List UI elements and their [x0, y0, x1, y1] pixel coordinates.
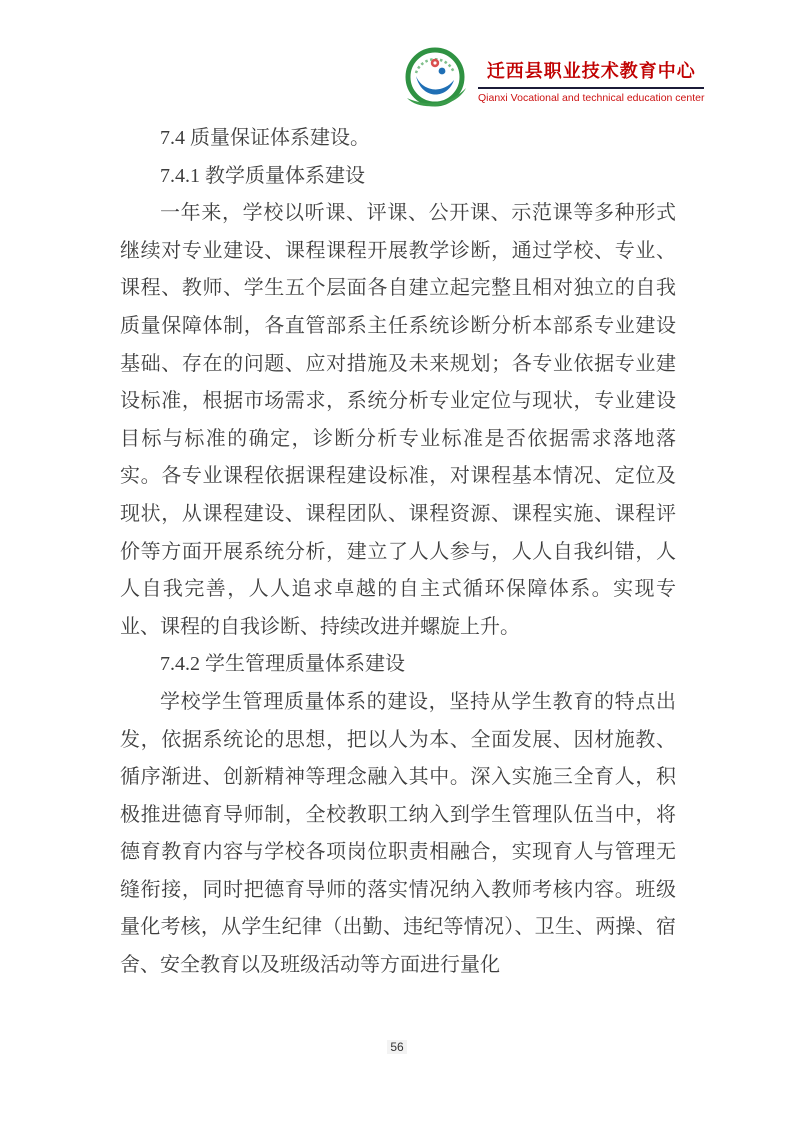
section-heading-7-4-2: 7.4.2 学生管理质量体系建设 [120, 646, 676, 684]
page-number: 56 [387, 1040, 406, 1054]
document-page: 迁西县职业技术教育中心 Qianxi Vocational and techni… [0, 0, 794, 1123]
letterhead-divider [478, 87, 704, 89]
school-emblem-icon [402, 46, 470, 114]
paragraph-student-management: 学校学生管理质量体系的建设，坚持从学生教育的特点出发，依据系统论的思想，把以人为… [120, 684, 676, 985]
document-body: 7.4 质量保证体系建设。 7.4.1 教学质量体系建设 一年来，学校以听课、评… [120, 120, 676, 985]
page-footer: 56 [0, 1038, 794, 1056]
section-heading-7-4: 7.4 质量保证体系建设。 [120, 120, 676, 158]
section-heading-7-4-1: 7.4.1 教学质量体系建设 [120, 158, 676, 196]
letterhead-titles: 迁西县职业技术教育中心 Qianxi Vocational and techni… [478, 57, 704, 104]
school-name-chinese: 迁西县职业技术教育中心 [478, 57, 704, 87]
school-name-english: Qianxi Vocational and technical educatio… [478, 92, 704, 104]
paragraph-teaching-quality: 一年来，学校以听课、评课、公开课、示范课等多种形式继续对专业建设、课程课程开展教… [120, 195, 676, 646]
letterhead: 迁西县职业技术教育中心 Qianxi Vocational and techni… [402, 46, 704, 114]
